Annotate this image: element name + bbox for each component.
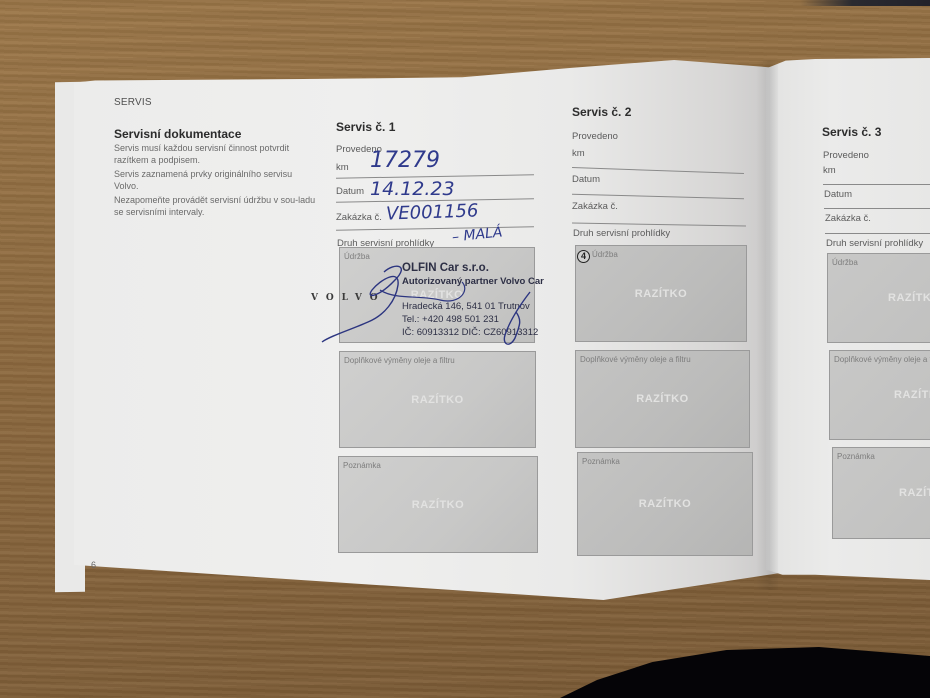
circled-number-mark: 4	[577, 250, 590, 263]
service-title: Servis č. 2	[572, 105, 631, 119]
oil-change-box: Doplňkové výměny oleje a filtru RAZÍTKO	[339, 351, 536, 448]
note-box: Poznámka RAZÍTKO	[577, 452, 753, 556]
km-label-unit: km	[823, 165, 836, 176]
oil-change-box: Doplňkové výměny oleje a filtru RAZÍTKO	[575, 350, 750, 448]
field-line	[825, 233, 930, 234]
service-title: Servis č. 1	[336, 120, 395, 134]
km-label: Provedeno	[823, 150, 869, 161]
order-label: Zakázka č.	[336, 212, 382, 223]
box-label: Doplňkové výměny oleje a filtru	[344, 356, 455, 365]
order-label: Zakázka č.	[572, 201, 618, 212]
stamp-placeholder: RAZÍTKO	[576, 393, 749, 405]
booklet-spine	[756, 60, 778, 590]
dealer-ids: IČ: 60913312 DIČ: CZ60913312	[402, 327, 544, 338]
box-label: Údržba	[832, 258, 858, 267]
dealer-address: Hradecká 146, 541 01 Trutnov	[402, 301, 544, 312]
km-label: Provedeno	[572, 131, 618, 142]
service-type-label: Druh servisní prohlídky	[573, 228, 670, 239]
order-label: Zakázka č.	[825, 213, 871, 224]
background-object	[800, 0, 930, 6]
date-label: Datum	[824, 189, 852, 200]
oil-change-box: Doplňkové výměny oleje a filtru RAZÍTKO	[829, 350, 930, 440]
stamp-placeholder: RAZÍTKO	[576, 288, 746, 300]
box-label: Údržba	[344, 252, 370, 261]
date-label: Datum	[336, 186, 364, 197]
service-type-label: Druh servisní prohlídky	[826, 238, 923, 249]
note-box: Poznámka RAZÍTKO	[832, 447, 930, 539]
dealer-subtitle: Autorizovaný partner Volvo Car	[402, 276, 544, 287]
stamp-placeholder: RAZÍTKO	[888, 292, 930, 304]
volvo-logo: VOLVO	[311, 293, 386, 303]
note-box: Poznámka RAZÍTKO	[338, 456, 538, 553]
service-title: Servis č. 3	[822, 125, 881, 139]
handwritten-km: 17279	[370, 148, 440, 173]
page-title: Servisní dokumentace	[114, 127, 241, 141]
box-label: Poznámka	[343, 461, 381, 470]
box-label: Doplňkové výměny oleje a filtru	[580, 355, 691, 364]
field-line	[824, 208, 930, 209]
instruction-paragraph: Nezapomeňte provádět servisní údržbu v s…	[114, 194, 319, 218]
stamp-placeholder: RAZÍTKO	[578, 498, 752, 510]
instruction-paragraph: Servis zaznamená prvky originálního serv…	[114, 168, 319, 192]
section-label: SERVIS	[114, 97, 152, 108]
km-label-unit: km	[572, 148, 585, 159]
stamp-placeholder: RAZÍTKO	[339, 499, 537, 511]
box-label: Údržba	[592, 250, 618, 259]
field-line	[823, 184, 930, 185]
stamp-placeholder: RAZÍTKO	[899, 487, 930, 499]
handwritten-order: VE001156	[386, 200, 479, 224]
stamp-placeholder: RAZÍTKO	[894, 389, 930, 401]
dealer-phone: Tel.: +420 498 501 231	[402, 314, 544, 325]
maintenance-box: Údržba RAZÍTKO	[575, 245, 747, 342]
date-label: Datum	[572, 174, 600, 185]
dealer-stamp: OLFIN Car s.r.o. Autorizovaný partner Vo…	[402, 262, 544, 338]
page-number: 6	[91, 560, 96, 570]
instruction-paragraph: Servis musí každou servisní činnost potv…	[114, 142, 319, 166]
stamp-placeholder: RAZÍTKO	[340, 394, 535, 406]
box-label: Poznámka	[582, 457, 620, 466]
box-label: Poznámka	[837, 452, 875, 461]
handwritten-date: 14.12.23	[370, 178, 455, 200]
box-label: Doplňkové výměny oleje a filtru	[834, 355, 930, 364]
dealer-name: OLFIN Car s.r.o.	[402, 262, 544, 274]
km-label-unit: km	[336, 162, 349, 173]
maintenance-box: Údržba RAZÍTKO	[827, 253, 930, 343]
